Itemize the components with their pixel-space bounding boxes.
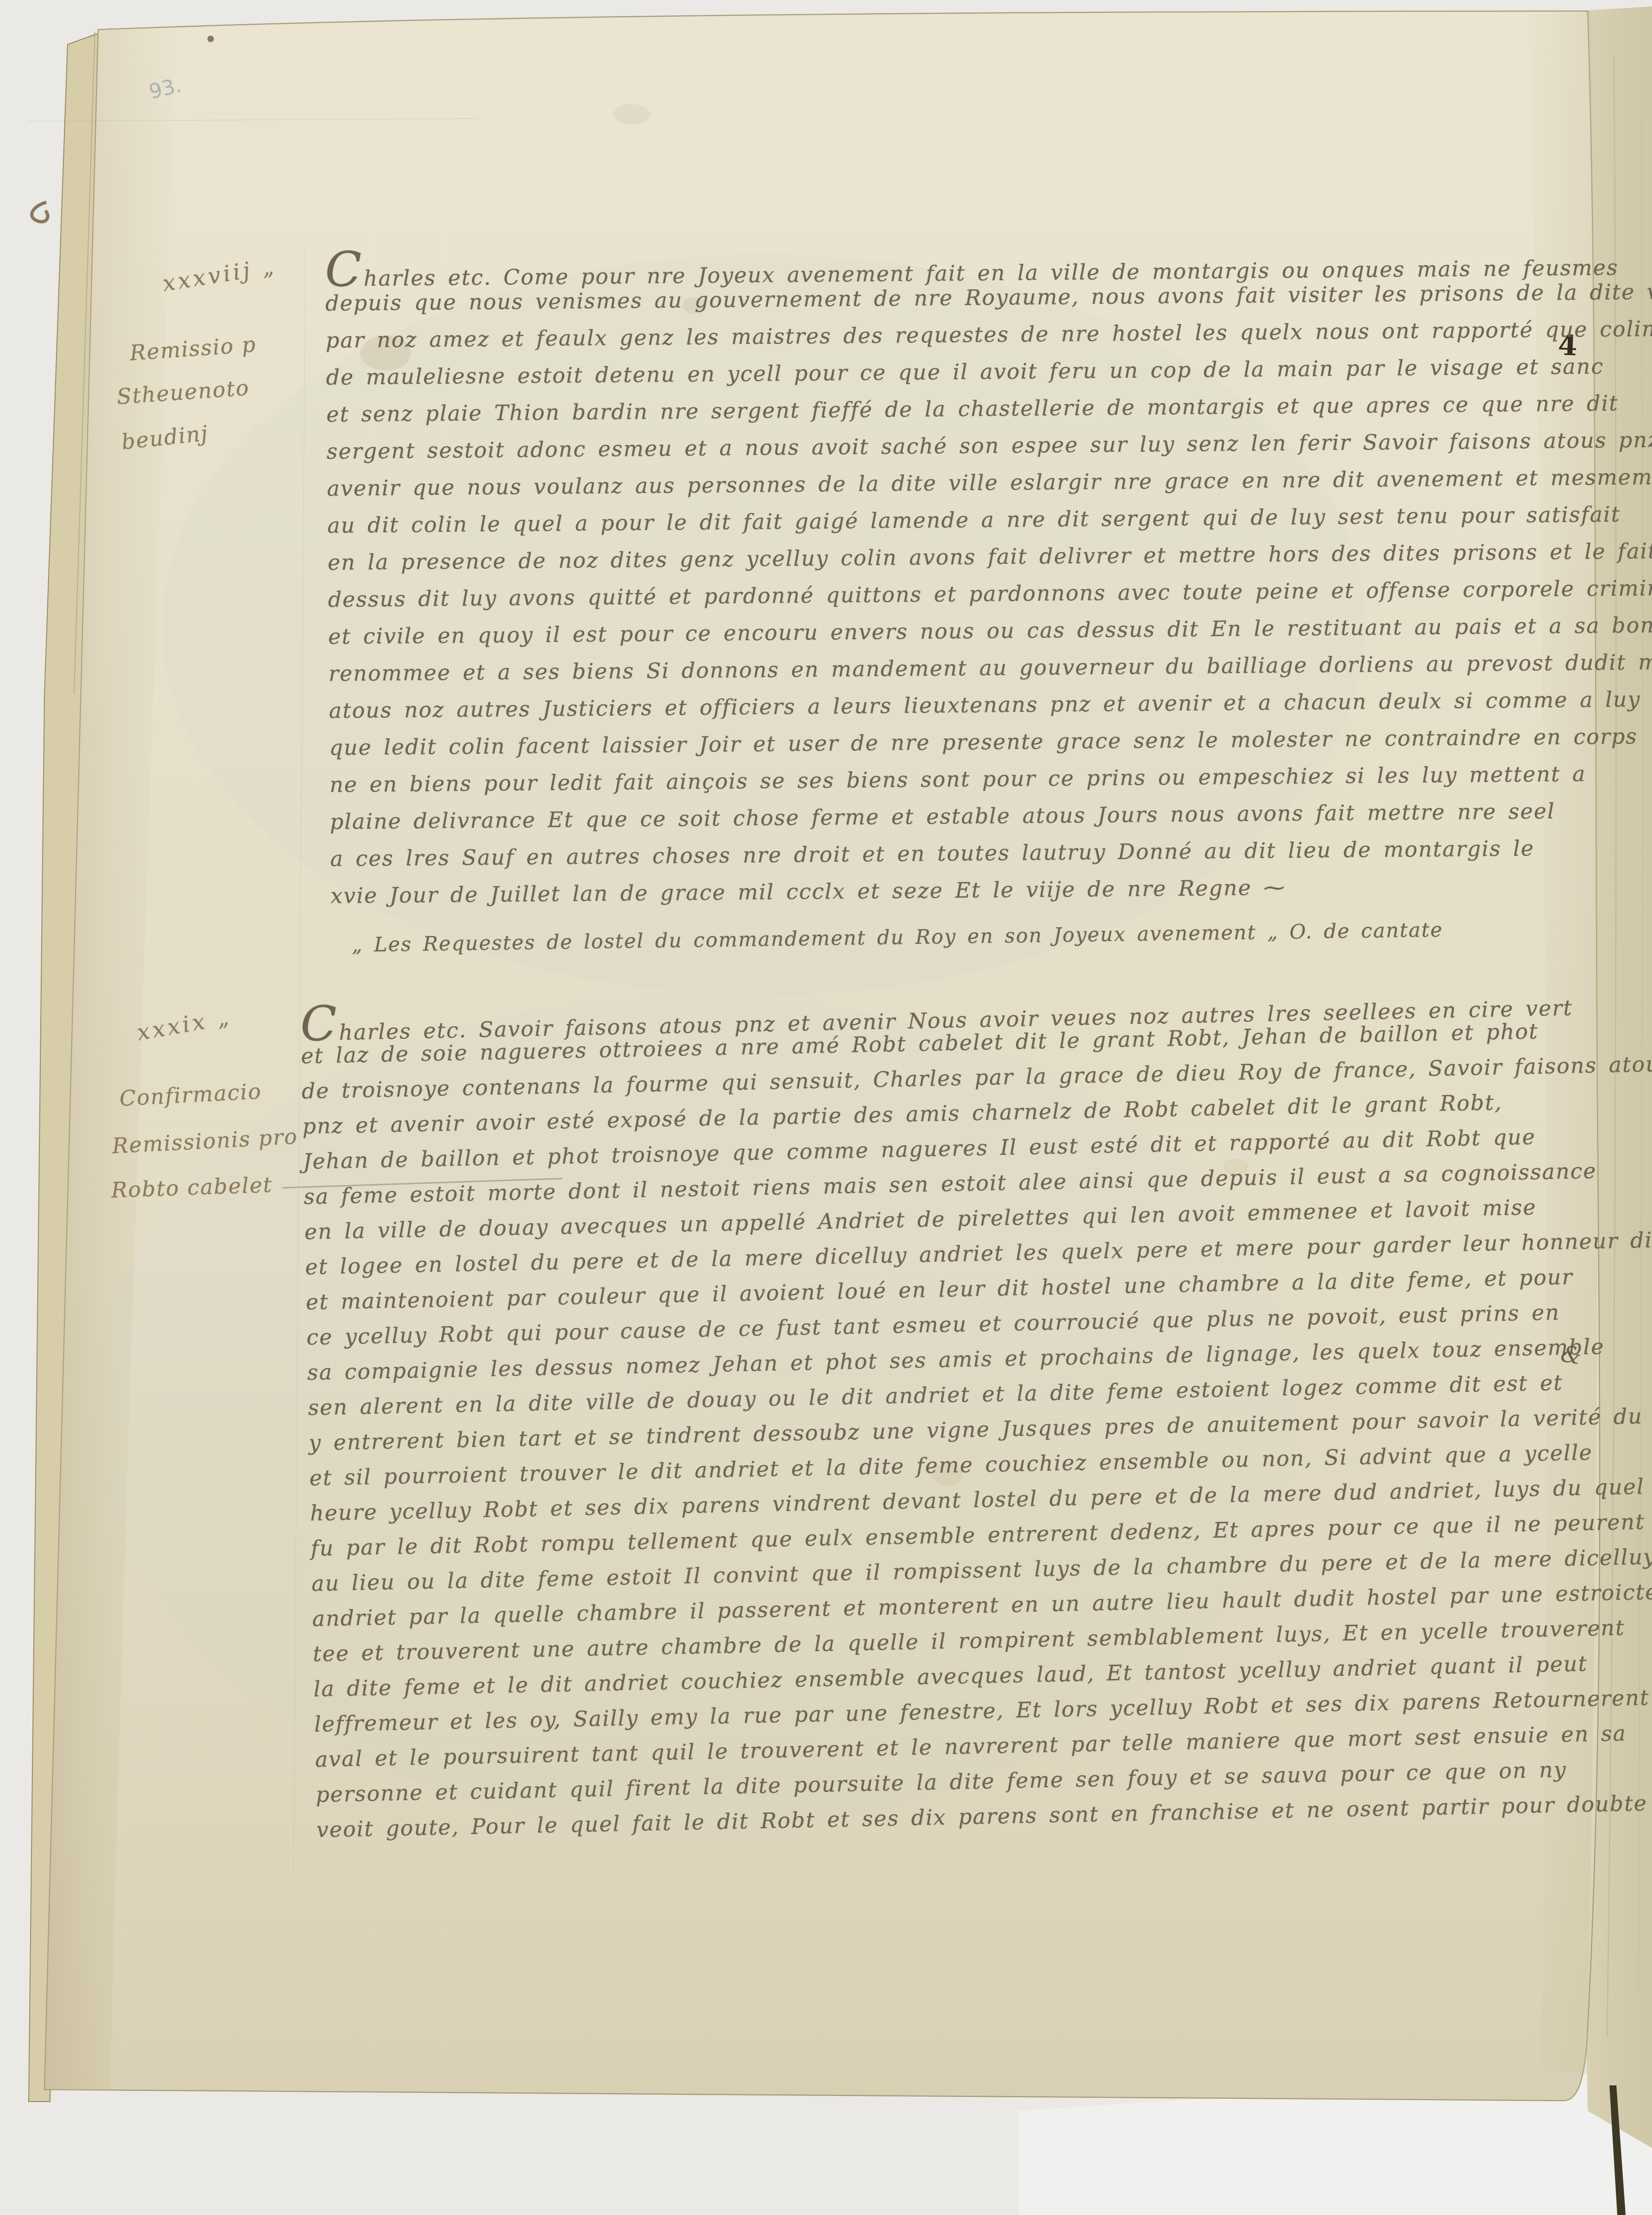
stain — [613, 104, 650, 125]
ink-speck — [207, 36, 214, 42]
manuscript-photo: 93. 4 xxxviij „ Remissio p Stheuenoto be… — [0, 0, 1652, 2215]
charter-entry-2: Charles etc. Savoir faisons atous pnz et… — [300, 980, 1652, 1853]
charter-entry-1: Charles etc. Come pour nre Joyeux avenem… — [325, 241, 1652, 920]
